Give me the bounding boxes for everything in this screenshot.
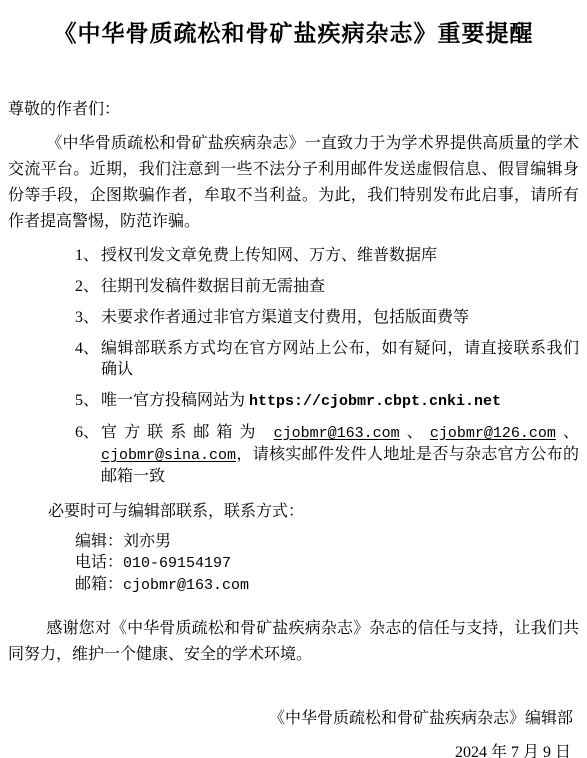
notice-list: 1、 授权刊发文章免费上传知网、万方、维普数据库 2、 往期刊发稿件数据目前无需… [8,245,579,487]
phone-label: 电话： [75,554,123,571]
item-text: 编辑部联系方式均在官方网站上公布，如有疑问，请直接联系我们确认 [101,340,579,378]
item-marker: 6、 [75,422,99,443]
editor-label: 编辑： [75,533,123,550]
item-text: 未要求作者通过非官方渠道支付费用，包括版面费等 [101,309,469,326]
phone-number: 010-69154197 [123,555,231,572]
item-marker: 5、 [75,390,99,411]
notice-item-1: 1、 授权刊发文章免费上传知网、万方、维普数据库 [75,245,579,266]
signature: 《中华骨质疏松和骨矿盐疾病杂志》编辑部 [8,708,573,730]
editor-line: 编辑：刘亦男 [75,531,579,552]
item-marker: 2、 [75,276,99,297]
item-text: 官方联系邮箱为 [101,424,274,441]
date: 2024 年 7 月 9 日 [8,742,571,758]
item-text: 授权刊发文章免费上传知网、万方、维普数据库 [101,247,437,264]
official-email-link-163[interactable]: cjobmr@163.com [274,425,400,442]
notice-item-6: 6、 官方联系邮箱为 cjobmr@163.com、cjobmr@126.com… [75,422,579,487]
intro-paragraph: 《中华骨质疏松和骨矿盐疾病杂志》一直致力于为学术界提供高质量的学术交流平台。近期… [8,131,579,235]
item-marker: 4、 [75,338,99,359]
contact-block: 编辑：刘亦男 电话：010-69154197 邮箱：cjobmr@163.com [75,531,579,596]
notice-item-3: 3、 未要求作者通过非官方渠道支付费用，包括版面费等 [75,307,579,328]
notice-document: 《中华骨质疏松和骨矿盐疾病杂志》重要提醒 尊敬的作者们： 《中华骨质疏松和骨矿盐… [0,0,587,758]
official-email-link-126[interactable]: cjobmr@126.com [430,425,556,442]
official-submission-url[interactable]: https://cjobmr.cbpt.cnki.net [249,393,501,410]
email-separator: 、 [556,424,579,441]
contact-email-address: cjobmr@163.com [123,577,249,594]
email-label: 邮箱： [75,576,123,593]
contact-lead: 必要时可与编辑部联系，联系方式： [48,501,579,523]
official-email-link-sina[interactable]: cjobmr@sina.com [101,447,236,464]
document-title: 《中华骨质疏松和骨矿盐疾病杂志》重要提醒 [8,18,579,49]
item-text: 唯一官方投稿网站为 [101,392,249,409]
notice-item-2: 2、 往期刊发稿件数据目前无需抽查 [75,276,579,297]
item-text: 往期刊发稿件数据目前无需抽查 [101,278,325,295]
editor-name: 刘亦男 [123,533,171,550]
notice-item-5: 5、 唯一官方投稿网站为 https://cjobmr.cbpt.cnki.ne… [75,390,579,412]
email-separator: 、 [400,424,430,441]
item-marker: 1、 [75,245,99,266]
closing-paragraph: 感谢您对《中华骨质疏松和骨矿盐疾病杂志》杂志的信任与支持，让我们共同努力，维护一… [8,616,579,668]
item-marker: 3、 [75,307,99,328]
email-line: 邮箱：cjobmr@163.com [75,574,579,596]
phone-line: 电话：010-69154197 [75,552,579,574]
notice-item-4: 4、 编辑部联系方式均在官方网站上公布，如有疑问，请直接联系我们确认 [75,338,579,380]
salutation: 尊敬的作者们： [8,99,579,121]
